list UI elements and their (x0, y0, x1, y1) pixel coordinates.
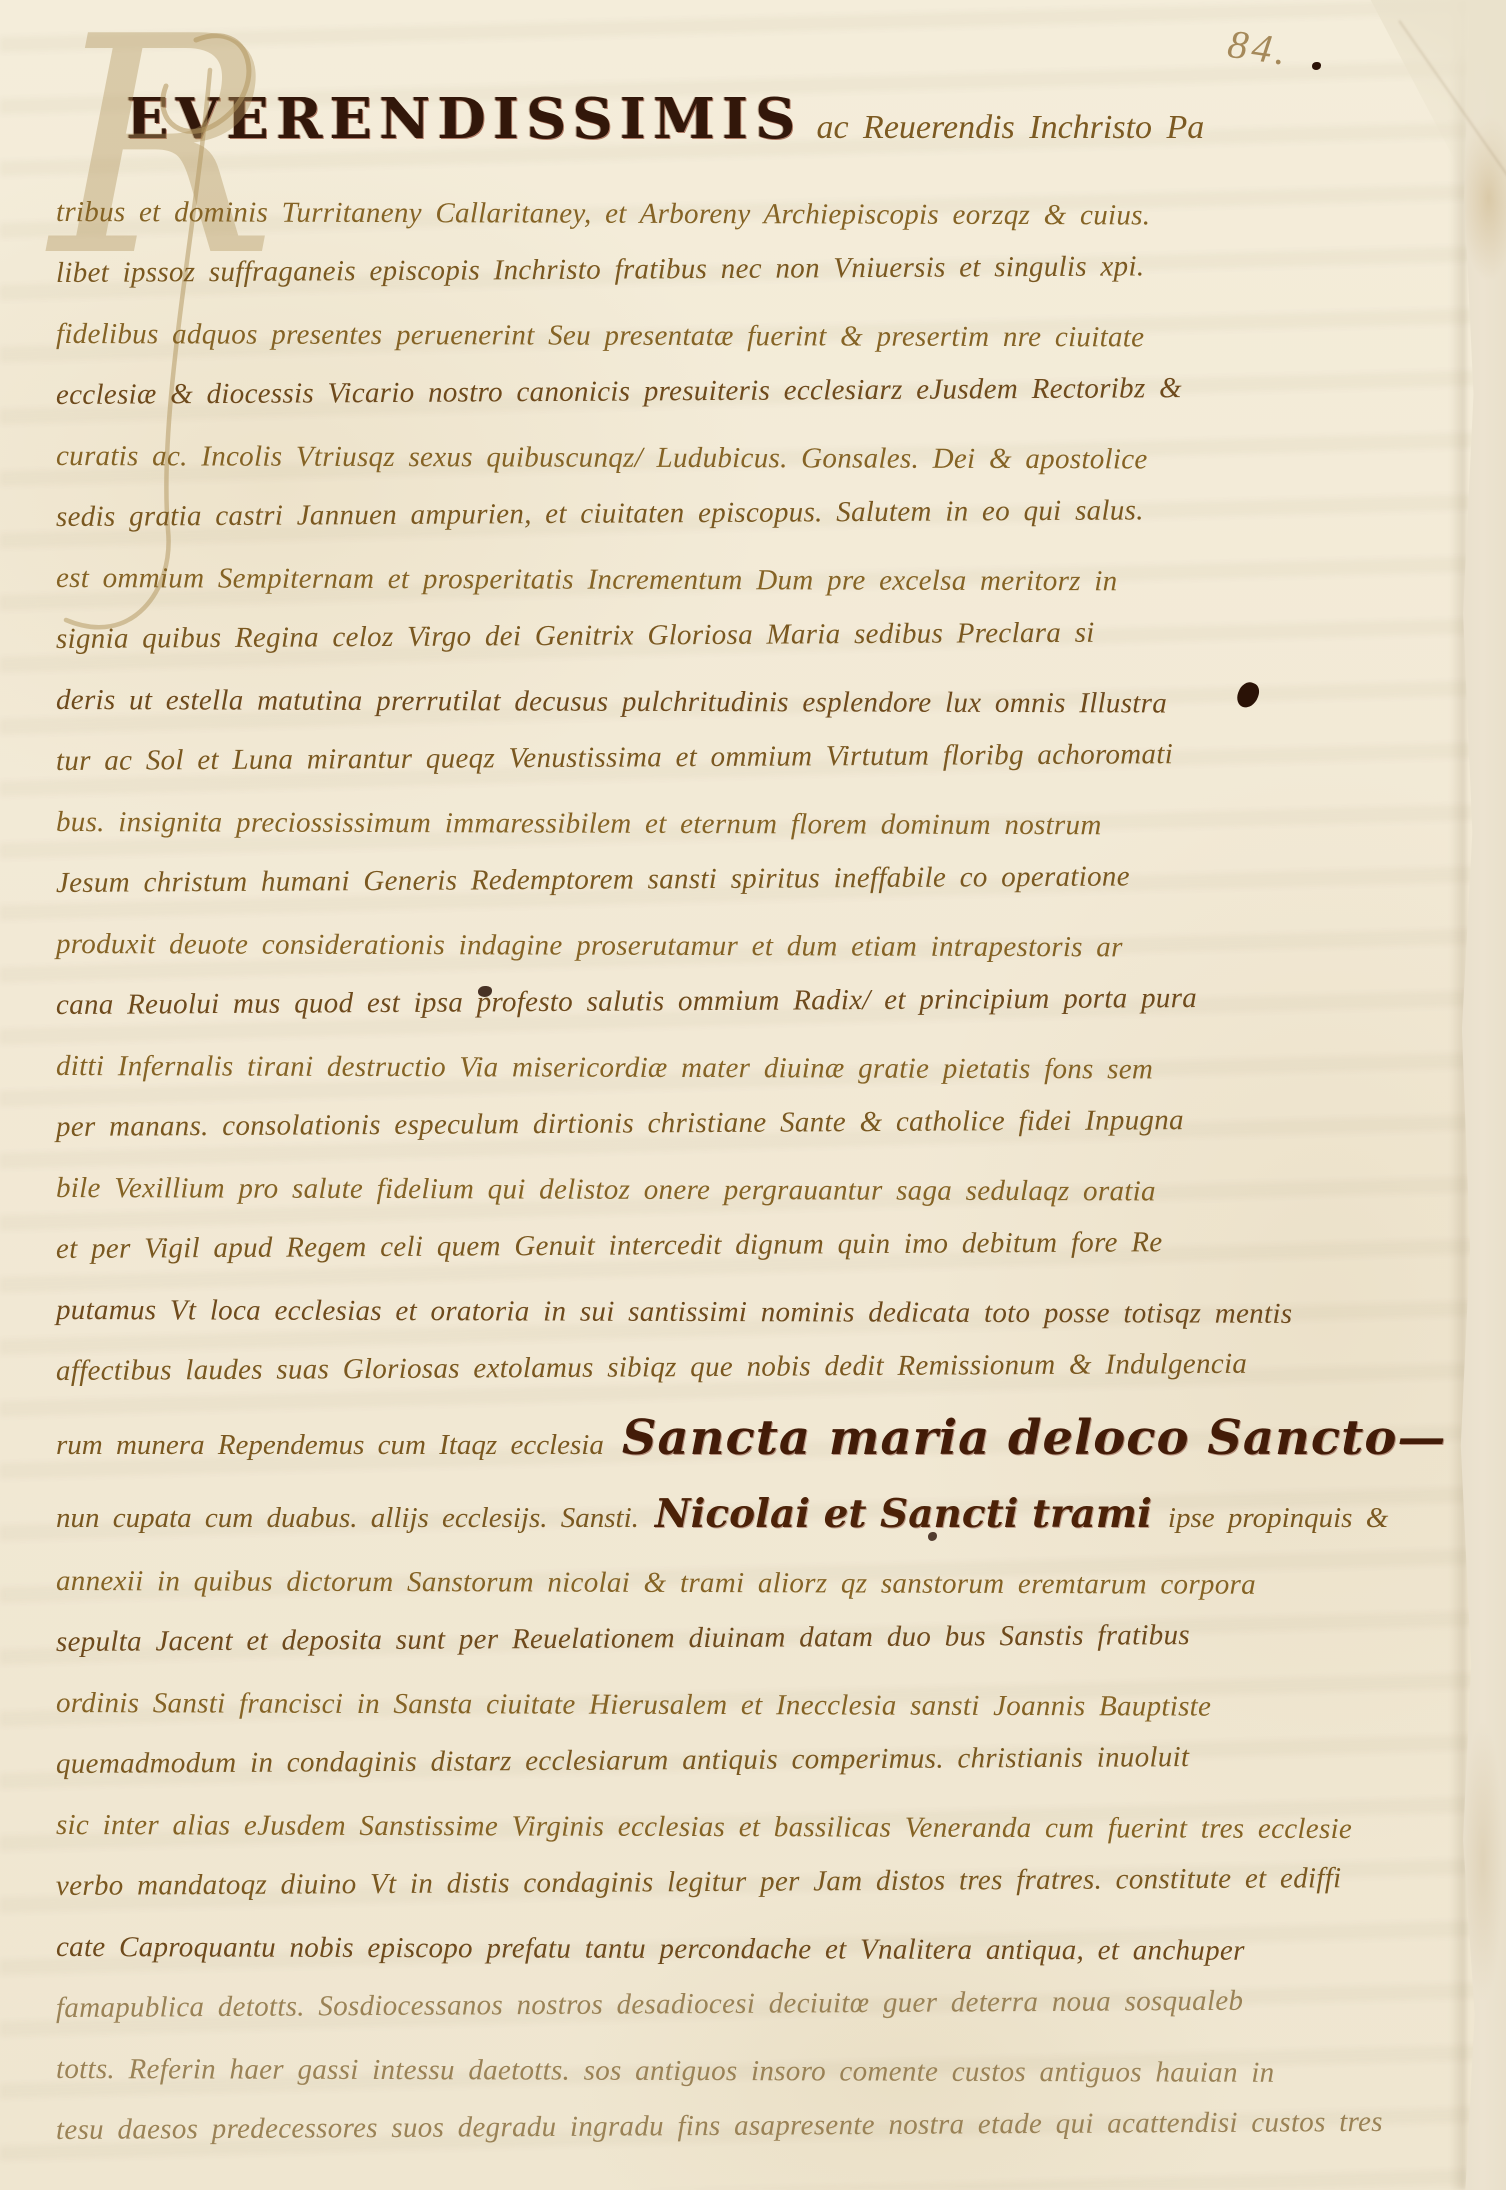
manuscript-line: sedis gratia castri Jannuen ampurien, et… (56, 478, 1454, 548)
manuscript-line: famapublica detotts. Sosdiocessanos nost… (56, 1969, 1454, 2039)
nicolai-line: nun cupata cum duabus. allijs ecclesijs.… (56, 1481, 1454, 1551)
manuscript-line: cana Reuolui mus quod est ipsa profesto … (56, 966, 1454, 1036)
manuscript-line: et per Vigil apud Regem celi quem Genuit… (56, 1210, 1454, 1280)
ink-blot (1312, 62, 1321, 70)
manuscript-line: ecclesiæ & diocessis Vicario nostro cano… (56, 356, 1454, 426)
manuscript-line-segment: ipse propinquis & (1168, 1485, 1388, 1551)
manuscript-page: 84. REVERENDISSIMISac Reuerendis Inchris… (0, 0, 1506, 2190)
manuscript-line-segment: rum munera Rependemus cum Itaqz ecclesia (56, 1409, 604, 1481)
headline-row: REVERENDISSIMISac Reuerendis Inchristo P… (56, 86, 1454, 182)
manuscript-line: sepulta Jacent et deposita sunt per Reue… (56, 1603, 1454, 1673)
manuscript-line: signia quibus Regina celoz Virgo dei Gen… (56, 600, 1454, 670)
manuscript-line: per manans. consolationis especulum dirt… (56, 1088, 1454, 1158)
nicolai-emphasis: Nicolai et Sancti trami (655, 1481, 1152, 1547)
manuscript-text-block: REVERENDISSIMISac Reuerendis Inchristo P… (56, 86, 1454, 2161)
sancta-maria-line: rum munera Rependemus cum Itaqz ecclesia… (56, 1402, 1454, 1481)
manuscript-line: libet ipssoz suffraganeis episcopis Inch… (56, 234, 1454, 304)
manuscript-line: tesu daesos predecessores suos degradu i… (56, 2091, 1454, 2161)
manuscript-line: verbo mandatoqz diuino Vt in distis cond… (56, 1847, 1454, 1917)
manuscript-line: Jesum christum humani Generis Redemptore… (56, 844, 1454, 914)
manuscript-line: tur ac Sol et Luna mirantur queqz Venust… (56, 722, 1454, 792)
manuscript-line: affectibus laudes suas Gloriosas extolam… (56, 1332, 1454, 1402)
sancta-maria-emphasis: Sancta maria deloco Sancto— (622, 1402, 1446, 1474)
manuscript-line-segment: nun cupata cum duabus. allijs ecclesijs.… (56, 1485, 639, 1551)
headline-cursive: ac Reuerendis Inchristo Pa (816, 109, 1204, 146)
manuscript-line: quemadmodum in condaginis distarz eccles… (56, 1725, 1454, 1795)
folio-number: 84. (1225, 20, 1293, 75)
